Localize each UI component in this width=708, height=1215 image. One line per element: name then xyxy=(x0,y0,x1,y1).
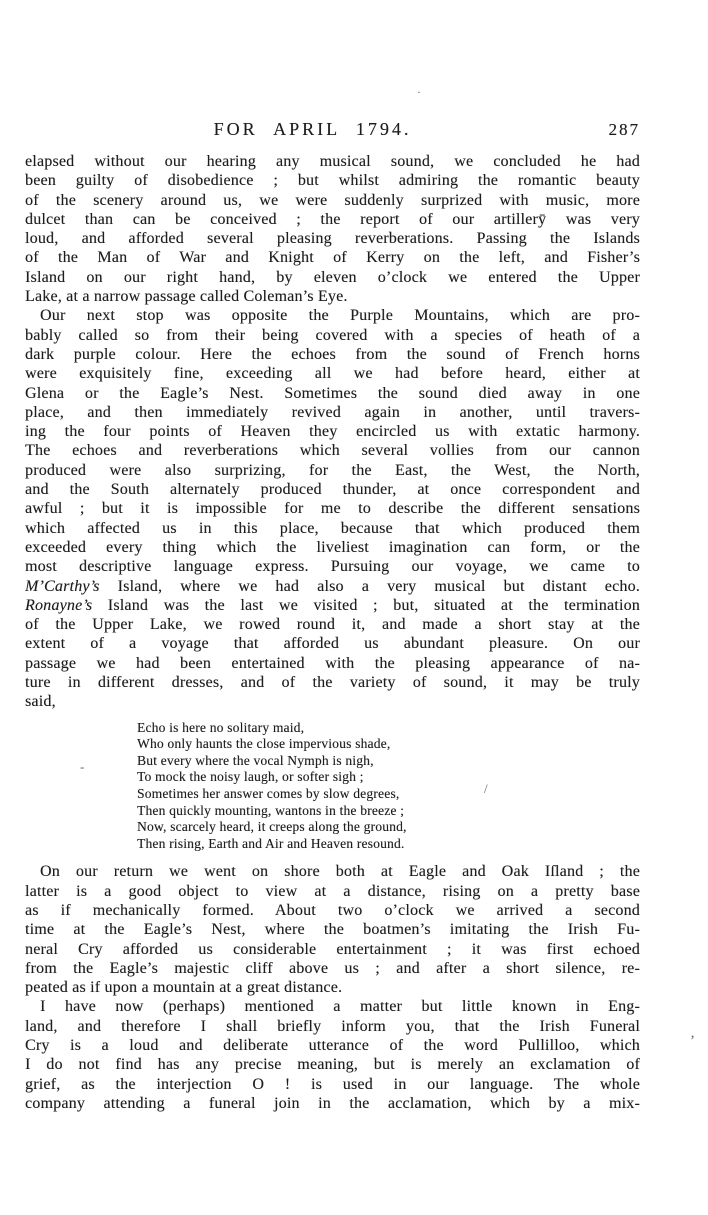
scan-artifact: ‚ xyxy=(690,1026,695,1041)
text-segment: I do not find has any precise meaning, b… xyxy=(25,1056,640,1073)
page-header: FOR APRIL 1794. 287 xyxy=(25,119,640,143)
text-line: which affected us in this place, because… xyxy=(25,519,640,538)
text-line: and the South alternately produced thund… xyxy=(25,480,640,499)
text-segment: To mock the noisy laugh, or softer sigh … xyxy=(137,769,364,784)
text-line: company attending a funeral join in the … xyxy=(25,1094,640,1113)
paragraph: Our next stop was opposite the Purple Mo… xyxy=(25,306,640,711)
paragraph: On our return we went on shore both at E… xyxy=(25,862,640,997)
paragraph: I have now (perhaps) mentioned a matter … xyxy=(25,997,640,1113)
text-line: Our next stop was opposite the Purple Mo… xyxy=(25,306,640,325)
text-line: most descriptive language express. Pursu… xyxy=(25,557,640,576)
text-segment: been guilty of disobedience ; but whilst… xyxy=(25,172,640,189)
text-segment: ture in different dresses, and of the va… xyxy=(25,674,640,691)
text-line: The echoes and reverberations which seve… xyxy=(25,441,640,460)
text-segment: Then rising, Earth and Air and Heaven re… xyxy=(137,836,405,851)
text-line: extent of a voyage that afforded us abun… xyxy=(25,634,640,653)
text-line: as if mechanically formed. About two o’c… xyxy=(25,901,640,920)
text-line: latter is a good object to view at a dis… xyxy=(25,882,640,901)
text-line: grief, as the interjection O ! is used i… xyxy=(25,1075,640,1094)
text-segment: peated as if upon a mountain at a great … xyxy=(25,979,342,996)
text-segment: I have now (perhaps) mentioned a matter … xyxy=(40,998,640,1015)
text-segment: company attending a funeral join in the … xyxy=(25,1095,640,1112)
text-segment: of the Upper Lake, we rowed round it, an… xyxy=(25,616,640,633)
text-segment: Glena or the Eagle’s Nest. Sometimes the… xyxy=(25,385,640,402)
text-line: produced were also surprizing, for the E… xyxy=(25,461,640,480)
verse-block: Echo is here no solitary maid,Who only h… xyxy=(137,720,640,853)
text-line: But every where the vocal Nymph is nigh, xyxy=(137,753,640,770)
text-segment: ing the four points of Heaven they encir… xyxy=(25,423,640,440)
text-segment: of the Man of War and Knight of Kerry on… xyxy=(25,249,640,266)
text-segment: Island was the last we visited ; but, si… xyxy=(92,597,640,614)
text-line: Cry is a loud and deliberate utterance o… xyxy=(25,1036,640,1055)
text-line: exceeded every thing which the liveliest… xyxy=(25,538,640,557)
page-body: elapsed without our hearing any musical … xyxy=(25,152,640,1113)
text-segment: The echoes and reverberations which seve… xyxy=(25,442,640,459)
text-segment: On our return we went on shore both at E… xyxy=(40,863,640,880)
text-segment: land, and therefore I shall briefly info… xyxy=(25,1018,640,1035)
scan-artifact: / xyxy=(484,782,488,795)
text-segment: latter is a good object to view at a dis… xyxy=(25,883,640,900)
text-line: Now, scarcely heard, it creeps along the… xyxy=(137,819,640,836)
text-line: dark purple colour. Here the echoes from… xyxy=(25,345,640,364)
text-line: elapsed without our hearing any musical … xyxy=(25,152,640,171)
text-segment: most descriptive language express. Pursu… xyxy=(25,558,640,575)
text-segment: But every where the vocal Nymph is nigh, xyxy=(137,753,374,768)
text-segment: loud, and afforded several pleasing reve… xyxy=(25,230,640,247)
text-segment: bably called so from their being covered… xyxy=(25,327,640,344)
text-line: M’Carthy’s Island, where we had also a v… xyxy=(25,577,640,596)
text-line: loud, and afforded several pleasing reve… xyxy=(25,229,640,248)
text-segment: dark purple colour. Here the echoes from… xyxy=(25,346,640,363)
text-segment: produced were also surprizing, for the E… xyxy=(25,462,640,479)
text-line: of the Man of War and Knight of Kerry on… xyxy=(25,248,640,267)
text-line: I have now (perhaps) mentioned a matter … xyxy=(25,997,640,1016)
text-line: said, xyxy=(25,692,640,711)
text-line: land, and therefore I shall briefly info… xyxy=(25,1017,640,1036)
text-segment: which affected us in this place, because… xyxy=(25,520,640,537)
text-line: been guilty of disobedience ; but whilst… xyxy=(25,171,640,190)
text-line: dulcet than can be conceived ; the repor… xyxy=(25,210,640,229)
text-line: Lake, at a narrow passage called Coleman… xyxy=(25,287,640,306)
text-line: Island on our right hand, by eleven o’cl… xyxy=(25,268,640,287)
text-line: I do not find has any precise meaning, b… xyxy=(25,1055,640,1074)
text-line: place, and then immediately revived agai… xyxy=(25,403,640,422)
text-segment: Island, where we had also a very musical… xyxy=(100,578,640,595)
text-line: Who only haunts the close impervious sha… xyxy=(137,736,640,753)
text-line: Ronayne’s Island was the last we visited… xyxy=(25,596,640,615)
text-segment: passage we had been entertained with the… xyxy=(25,655,640,672)
text-line: Sometimes her answer comes by slow degre… xyxy=(137,786,640,803)
text-line: neral Cry afforded us considerable enter… xyxy=(25,940,640,959)
text-segment: of the scenery around us, we were sudden… xyxy=(25,192,640,209)
text-segment: dulcet than can be conceived ; the repor… xyxy=(25,211,640,228)
text-segment: Lake, at a narrow passage called Coleman… xyxy=(25,288,348,305)
scan-artifact: - xyxy=(80,760,84,773)
text-line: time at the Eagle’s Nest, where the boat… xyxy=(25,920,640,939)
text-segment: said, xyxy=(25,693,56,710)
text-segment: Who only haunts the close impervious sha… xyxy=(137,736,390,751)
text-line: peated as if upon a mountain at a great … xyxy=(25,978,640,997)
text-line: awful ; but it is impossible for me to d… xyxy=(25,499,640,518)
page: FOR APRIL 1794. 287 elapsed without our … xyxy=(0,0,708,1215)
text-line: bably called so from their being covered… xyxy=(25,326,640,345)
scan-artifact: · xyxy=(417,86,421,98)
text-segment: exceeded every thing which the liveliest… xyxy=(25,539,640,556)
text-segment: and the South alternately produced thund… xyxy=(25,481,640,498)
page-number: 287 xyxy=(609,120,641,140)
text-segment: elapsed without our hearing any musical … xyxy=(25,153,640,170)
text-segment: time at the Eagle’s Nest, where the boat… xyxy=(25,921,640,938)
text-segment: place, and then immediately revived agai… xyxy=(25,404,640,421)
text-line: of the Upper Lake, we rowed round it, an… xyxy=(25,615,640,634)
text-segment: Now, scarcely heard, it creeps along the… xyxy=(137,819,407,834)
text-segment: extent of a voyage that afforded us abun… xyxy=(25,635,640,652)
text-line: Then rising, Earth and Air and Heaven re… xyxy=(137,836,640,853)
text-line: from the Eagle’s majestic cliff above us… xyxy=(25,959,640,978)
text-segment: Our next stop was opposite the Purple Mo… xyxy=(40,307,640,324)
text-segment: Island on our right hand, by eleven o’cl… xyxy=(25,269,640,286)
text-segment: were exquisitely fine, exceeding all we … xyxy=(25,365,640,382)
italic-text: Ronayne’s xyxy=(25,597,92,614)
text-segment: neral Cry afforded us considerable enter… xyxy=(25,941,640,958)
text-line: On our return we went on shore both at E… xyxy=(25,862,640,881)
text-line: ture in different dresses, and of the va… xyxy=(25,673,640,692)
text-line: To mock the noisy laugh, or softer sigh … xyxy=(137,769,640,786)
text-line: ing the four points of Heaven they encir… xyxy=(25,422,640,441)
paragraph: elapsed without our hearing any musical … xyxy=(25,152,640,306)
text-segment: Cry is a loud and deliberate utterance o… xyxy=(25,1037,640,1054)
text-line: were exquisitely fine, exceeding all we … xyxy=(25,364,640,383)
text-line: Then quickly mounting, wantons in the br… xyxy=(137,803,640,820)
text-line: of the scenery around us, we were sudden… xyxy=(25,191,640,210)
running-title: FOR APRIL 1794. xyxy=(5,119,620,140)
text-line: passage we had been entertained with the… xyxy=(25,654,640,673)
text-segment: grief, as the interjection O ! is used i… xyxy=(25,1076,640,1093)
text-segment: as if mechanically formed. About two o’c… xyxy=(25,902,640,919)
text-line: Echo is here no solitary maid, xyxy=(137,720,640,737)
text-segment: awful ; but it is impossible for me to d… xyxy=(25,500,640,517)
italic-text: M’Carthy’s xyxy=(25,578,100,595)
text-segment: Sometimes her answer comes by slow degre… xyxy=(137,786,399,801)
text-segment: Echo is here no solitary maid, xyxy=(137,720,304,735)
text-segment: Then quickly mounting, wantons in the br… xyxy=(137,803,404,818)
text-line: Glena or the Eagle’s Nest. Sometimes the… xyxy=(25,384,640,403)
text-segment: from the Eagle’s majestic cliff above us… xyxy=(25,960,640,977)
